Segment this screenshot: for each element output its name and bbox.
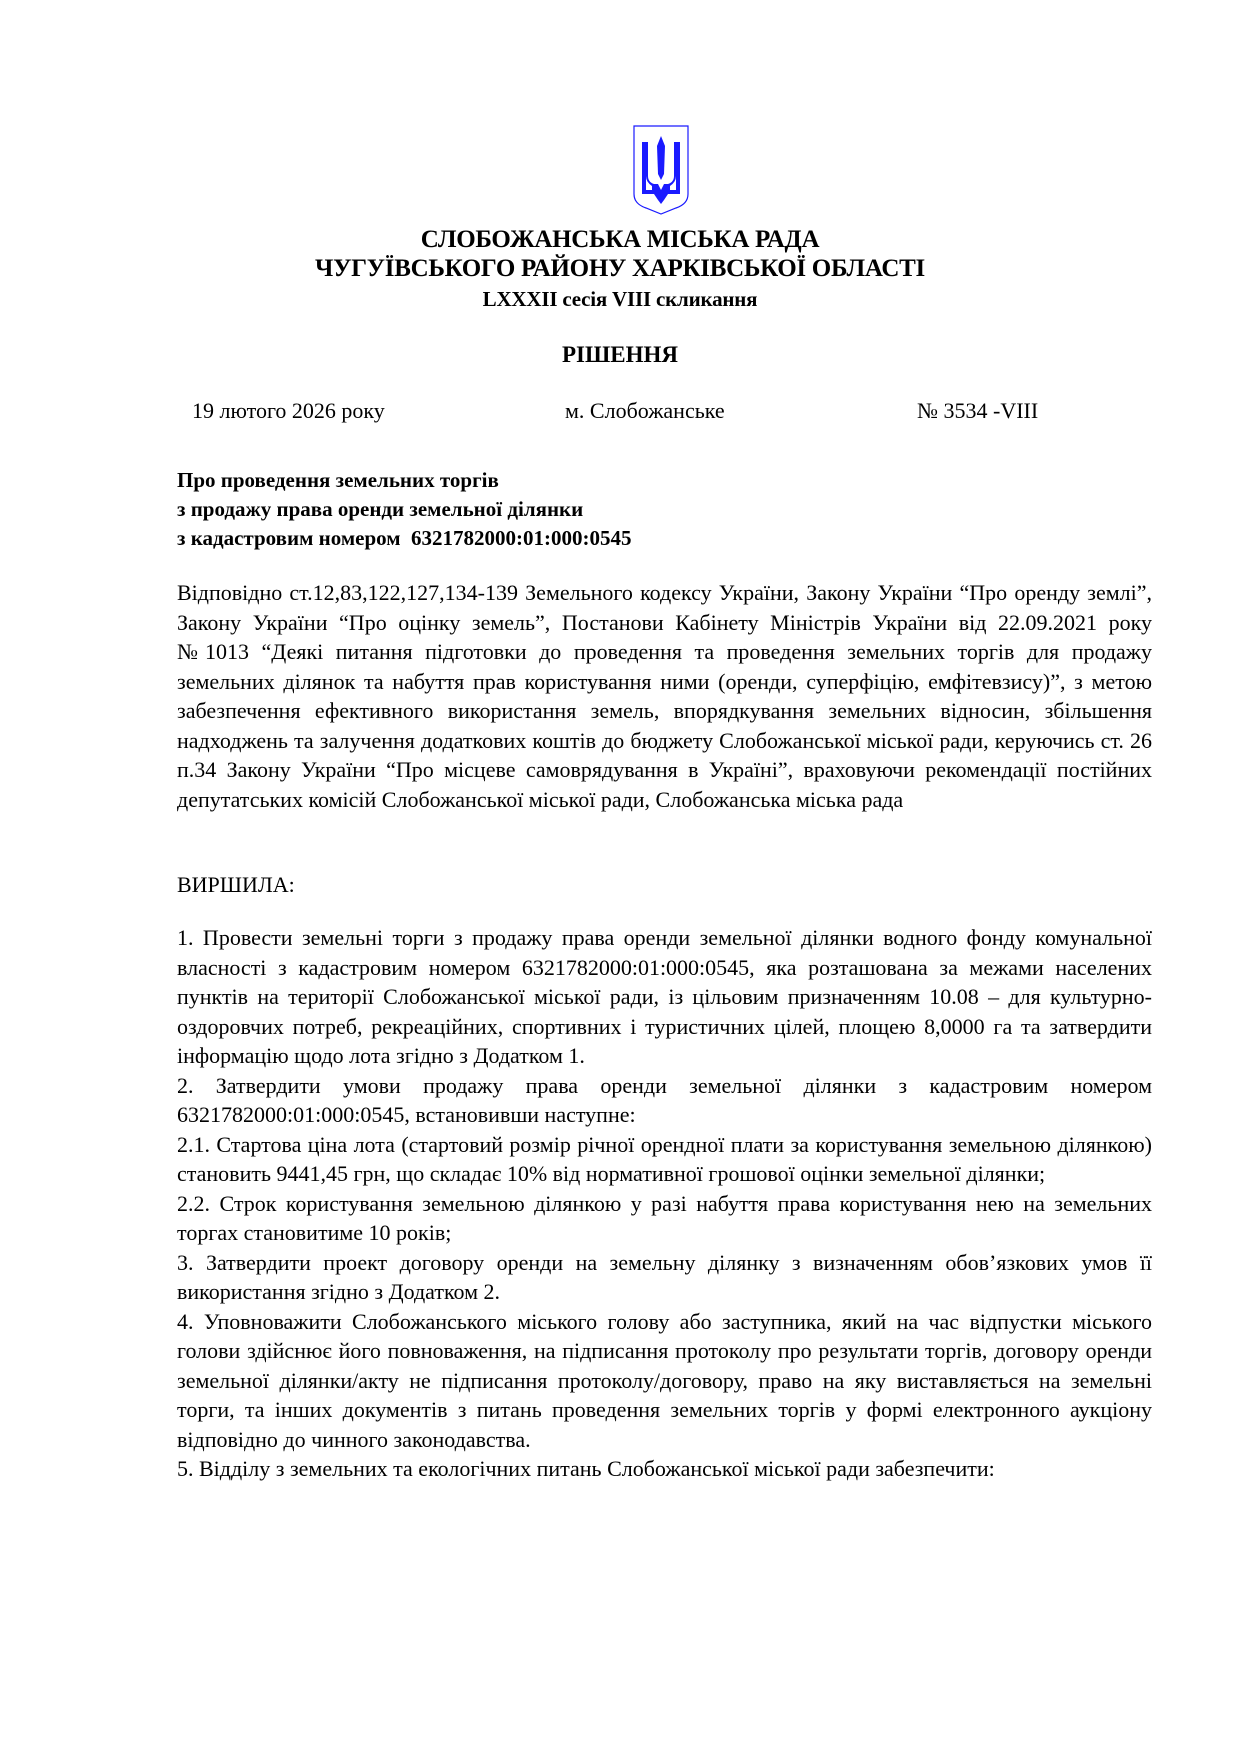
document-page: СЛОБОЖАНСЬКА МІСЬКА РАДА ЧУГУЇВСЬКОГО РА…: [0, 0, 1240, 1754]
decided-label: ВИРШИЛА:: [177, 870, 1152, 900]
decision-subject: Про проведення земельних торгів з продаж…: [177, 466, 632, 553]
subject-line: з кадастровим номером 6321782000:01:000:…: [177, 524, 632, 553]
decision-date: 19 лютого 2026 року: [192, 398, 385, 424]
decision-number: № 3534 -VIII: [917, 398, 1038, 424]
decision-item: 3. Затвердити проект договору оренди на …: [177, 1248, 1152, 1307]
preamble-paragraph: Відповідно ст.12,83,122,127,134-139 Земе…: [177, 578, 1152, 814]
district-name: ЧУГУЇВСЬКОГО РАЙОНУ ХАРКІВСЬКОЇ ОБЛАСТІ: [0, 255, 1240, 283]
decision-item: 1. Провести земельні торги з продажу пра…: [177, 923, 1152, 1071]
session-info: LXXXII сесія VIII скликання: [0, 287, 1240, 312]
trident-coat-of-arms-icon: [632, 124, 690, 216]
council-name: СЛОБОЖАНСЬКА МІСЬКА РАДА: [0, 226, 1240, 254]
subject-line: з продажу права оренди земельної ділянки: [177, 495, 632, 524]
decision-place: м. Слобожанське: [565, 398, 725, 424]
decision-item: 2. Затвердити умови продажу права оренди…: [177, 1071, 1152, 1130]
decision-item: 5. Відділу з земельних та екологічних пи…: [177, 1454, 1152, 1484]
decision-items: 1. Провести земельні торги з продажу пра…: [177, 923, 1152, 1484]
decision-item: 4. Уповноважити Слобожанського міського …: [177, 1307, 1152, 1455]
decision-item: 2.2. Строк користування земельною ділянк…: [177, 1189, 1152, 1248]
decision-item: 2.1. Стартова ціна лота (стартовий розмі…: [177, 1130, 1152, 1189]
document-type-title: РІШЕННЯ: [0, 342, 1240, 368]
subject-line: Про проведення земельних торгів: [177, 466, 632, 495]
